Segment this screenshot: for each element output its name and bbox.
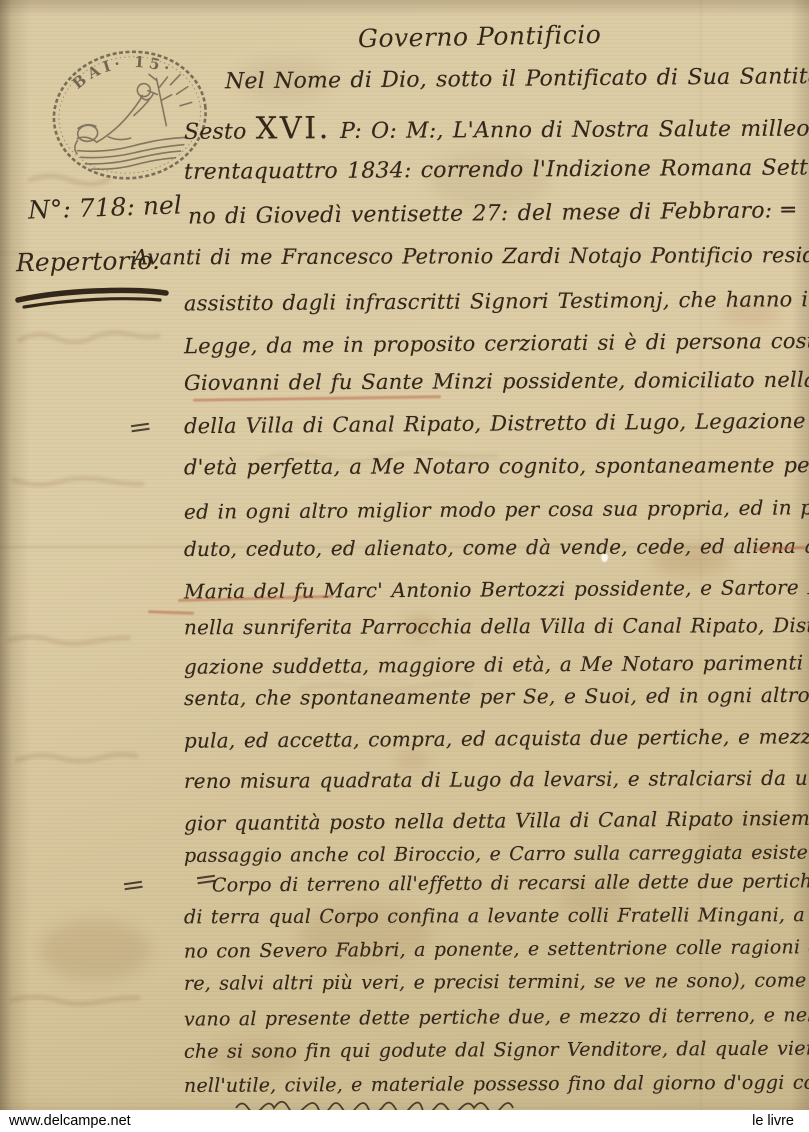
manuscript-line: Corpo di terreno all'effetto di recarsi … [212, 870, 809, 897]
manuscript-line: passaggio anche col Biroccio, e Carro su… [184, 841, 809, 867]
manuscript-line: trentaquattro 1834: correndo l'Indizione… [184, 154, 809, 185]
margin-equals-mark [130, 420, 149, 431]
manuscript-line: assistito dagli infrascritti Signori Tes… [184, 286, 809, 315]
manuscript-line: senta, che spontaneamente per Se, e Suoi… [184, 682, 809, 710]
red-underline [148, 610, 194, 615]
manuscript-line: di terra qual Corpo confina a levante co… [184, 904, 809, 929]
margin-equals-mark [196, 872, 215, 883]
manuscript-line: gazione suddetta, maggiore di età, a Me … [184, 649, 809, 679]
watermark-footer-bar: www.delcampe.net le livre [0, 1110, 809, 1132]
paper-stain [40, 920, 150, 980]
manuscript-line: Avanti di me Francesco Petronio Zardi No… [133, 243, 809, 270]
manuscript-line: Sesto XVI. P: O: M:, L'Anno di Nostra Sa… [184, 108, 809, 147]
red-underline [193, 395, 441, 401]
document-heading: Governo Pontificio [358, 20, 602, 53]
manuscript-line: ed in ogni altro miglior modo per cosa s… [184, 494, 809, 523]
margin-equals-mark [123, 878, 142, 889]
manuscript-line: reno misura quadrata di Lugo da levarsi,… [184, 765, 809, 793]
manuscript-line: della Villa di Canal Ripato, Distretto d… [184, 408, 809, 438]
manuscript-line: no con Severo Fabbri, a ponente, e sette… [184, 935, 809, 962]
manuscript-line: re, salvi altri più veri, e precisi term… [184, 969, 809, 995]
flourish-underline [14, 284, 174, 312]
manuscript-line: d'età perfetta, a Me Notaro cognito, spo… [184, 453, 809, 480]
manuscript-line: vano al presente dette pertiche due, e m… [184, 1003, 809, 1030]
manuscript-line: Nel Nome di Dio, sotto il Pontificato di… [225, 63, 809, 95]
manuscript-line: pula, ed accetta, compra, ed acquista du… [184, 723, 809, 752]
scanned-document-page: BAI· 15· N°: 718: nel Repertorio. [0, 0, 809, 1132]
manuscript-line: duto, ceduto, ed alienato, come dà vende… [184, 533, 809, 561]
paper-stain [395, 752, 429, 768]
manuscript-line: Giovanni del fu Sante Minzi possidente, … [184, 367, 809, 395]
manuscript-line: no di Giovedì ventisette 27: del mese di… [188, 197, 809, 229]
manuscript-line: che si sono fin qui godute dal Signor Ve… [184, 1037, 809, 1063]
manuscript-line: Legge, da me in proposito cerziorati si … [184, 328, 809, 359]
manuscript-line: nella sunriferita Parrocchia della Villa… [184, 613, 809, 640]
margin-note-number: N°: 718: nel [28, 190, 183, 224]
watermark-left: www.delcampe.net [9, 1113, 131, 1129]
watermark-right: le livre [752, 1113, 794, 1129]
svg-text:BAI· 15·: BAI· 15· [67, 47, 179, 94]
manuscript-line: gior quantità posto nella detta Villa di… [184, 805, 809, 836]
manuscript-line: nell'utile, civile, e materiale possesso… [184, 1071, 809, 1097]
stamp-label: BAI· 15· [67, 47, 179, 94]
